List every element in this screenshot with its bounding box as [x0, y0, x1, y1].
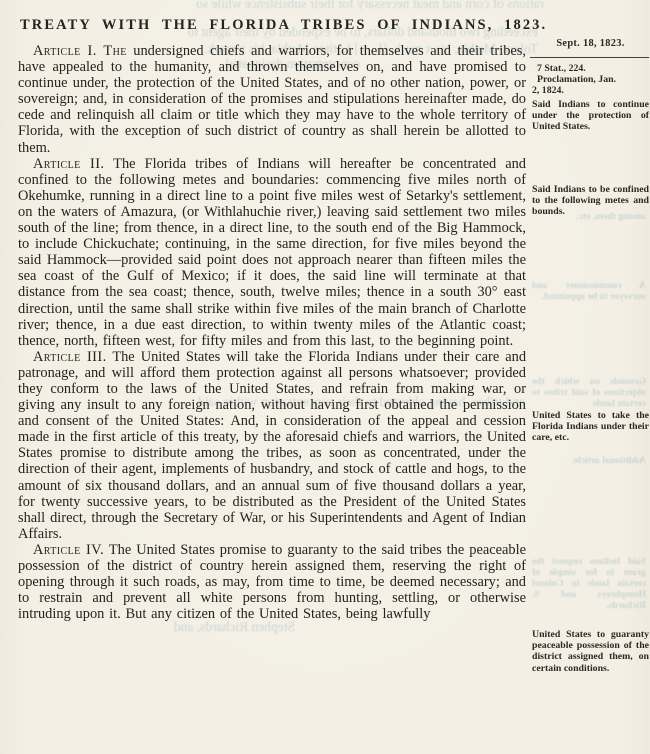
article-2-heading: Article II.	[33, 156, 104, 172]
sidenote-article-4: United States to guaranty peaceable poss…	[532, 629, 649, 674]
sidenote-citation-line: 2, 1824.	[532, 85, 649, 96]
article-4-paragraph: Article IV. The United States promise to…	[18, 542, 526, 622]
bleed-text: rations of corn and meat necessary for t…	[66, 0, 544, 12]
document-page: rations of corn and meat necessary for t…	[0, 0, 650, 754]
article-1-text: undersigned chiefs and warriors, for the…	[18, 43, 526, 156]
document-title: TREATY WITH THE FLORIDA TRIBES OF INDIAN…	[20, 17, 526, 34]
article-4-heading: Article IV.	[33, 542, 104, 558]
bleed-text: Grounds on which the objections of said …	[532, 376, 646, 409]
sidenote-article-3: United States to take the Florida Indian…	[532, 410, 649, 444]
sidenote-citation-line: 7 Stat., 224.	[532, 63, 649, 74]
article-3-paragraph: Article III. The United States will take…	[18, 349, 526, 542]
sidenote-date: Sept. 18, 1823.	[532, 38, 649, 49]
sidenote-citation-line: Proclamation, Jan.	[532, 74, 649, 85]
bleed-text: Said Indians request the grant in fee si…	[532, 556, 646, 611]
sidenote-divider	[530, 57, 649, 58]
article-3-text: The United States will take the Florida …	[18, 349, 526, 542]
sidenote-citation: 7 Stat., 224. Proclamation, Jan. 2, 1824…	[532, 63, 649, 97]
article-1-heading: Article I. The	[33, 43, 127, 59]
article-2-text: The Florida tribes of Indians will herea…	[18, 156, 526, 349]
sidenote-article-1: Said Indians to continue under the prote…	[532, 99, 649, 133]
article-1-paragraph: Article I. The undersigned chiefs and wa…	[18, 43, 526, 156]
sidenote-article-2: Said Indians to be confined to the follo…	[532, 184, 649, 218]
article-2-paragraph: Article II. The Florida tribes of Indian…	[18, 156, 526, 349]
bleed-text: A commissioner and surveyor to be appoin…	[532, 280, 646, 302]
treaty-body: Article I. The undersigned chiefs and wa…	[18, 43, 526, 622]
article-3-heading: Article III.	[33, 349, 107, 365]
bleed-text: Additional article.	[532, 455, 646, 466]
